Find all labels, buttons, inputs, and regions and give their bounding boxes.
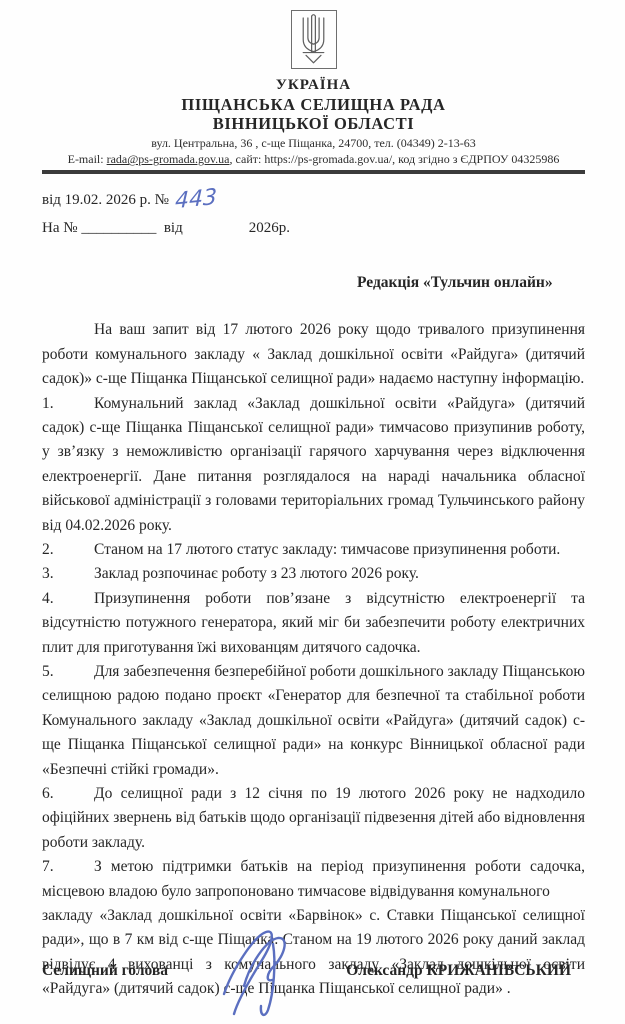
ukraine-trident-emblem-icon [291,10,337,69]
list-item-6: 6.До селищної ради з 12 січня по 19 люто… [42,782,585,855]
reply-prefix: На № [42,220,78,236]
address-line: вул. Центральна, 36 , с-ще Піщанка, 2470… [42,136,585,151]
recipient-line: Редакція «Тульчин онлайн» [357,274,585,292]
list-item-5: 5.Для забезпечення безперебійної роботи … [42,660,585,782]
date-prefix: від 19.02. 2026 р. № [42,192,169,208]
letter-body: На ваш запит від 17 лютого 2026 року щод… [42,318,585,1001]
outgoing-date-line: від 19.02. 2026 р. №443 [42,192,585,209]
reply-blank: __________ [81,220,156,236]
signature-block: Селищний голова Олександр КРИЖАНІВСЬКИЙ [42,962,585,980]
signer-title: Селищний голова [42,962,168,980]
incoming-ref-line: На № __________ від2026р. [42,220,585,237]
email-label: E-mail: [68,152,107,166]
organization-name: ПІЩАНСЬКА СЕЛИЩНА РАДА [42,96,585,114]
reply-year: 2026р. [249,220,290,236]
contacts-line: E-mail: rada@ps-gromada.gov.ua, сайт: ht… [42,152,585,167]
country-title: УКРАЇНА [42,77,585,94]
letterhead-divider [42,170,585,174]
email-address: rada@ps-gromada.gov.ua [107,152,230,166]
reference-block: від 19.02. 2026 р. №443 На № __________ … [42,192,585,237]
organization-region: ВІННИЦЬКОЇ ОБЛАСТІ [42,115,585,133]
reply-mid: від [164,220,183,236]
scanned-letter-page: УКРАЇНА ПІЩАНСЬКА СЕЛИЩНА РАДА ВІННИЦЬКО… [0,0,625,1024]
signer-name: Олександр КРИЖАНІВСЬКИЙ [346,962,571,980]
letterhead: УКРАЇНА ПІЩАНСЬКА СЕЛИЩНА РАДА ВІННИЦЬКО… [42,8,585,174]
list-item-7-continuation: закладу «Заклад дошкільної освіти «Барві… [42,904,585,1002]
list-item-1: 1.Комунальний заклад «Заклад дошкільної … [42,392,585,538]
contacts-rest: , сайт: https://ps-gromada.gov.ua/, код … [230,152,560,166]
list-item-2: 2.Станом на 17 лютого статус закладу: ти… [42,538,585,562]
handwritten-doc-number: 443 [175,198,217,202]
list-item-7: 7.З метою підтримки батьків на період пр… [42,855,585,904]
list-item-3: 3.Заклад розпочинає роботу з 23 лютого 2… [42,562,585,586]
list-item-4: 4.Призупинення роботи пов’язане з відсут… [42,587,585,660]
intro-paragraph: На ваш запит від 17 лютого 2026 року щод… [42,318,585,391]
